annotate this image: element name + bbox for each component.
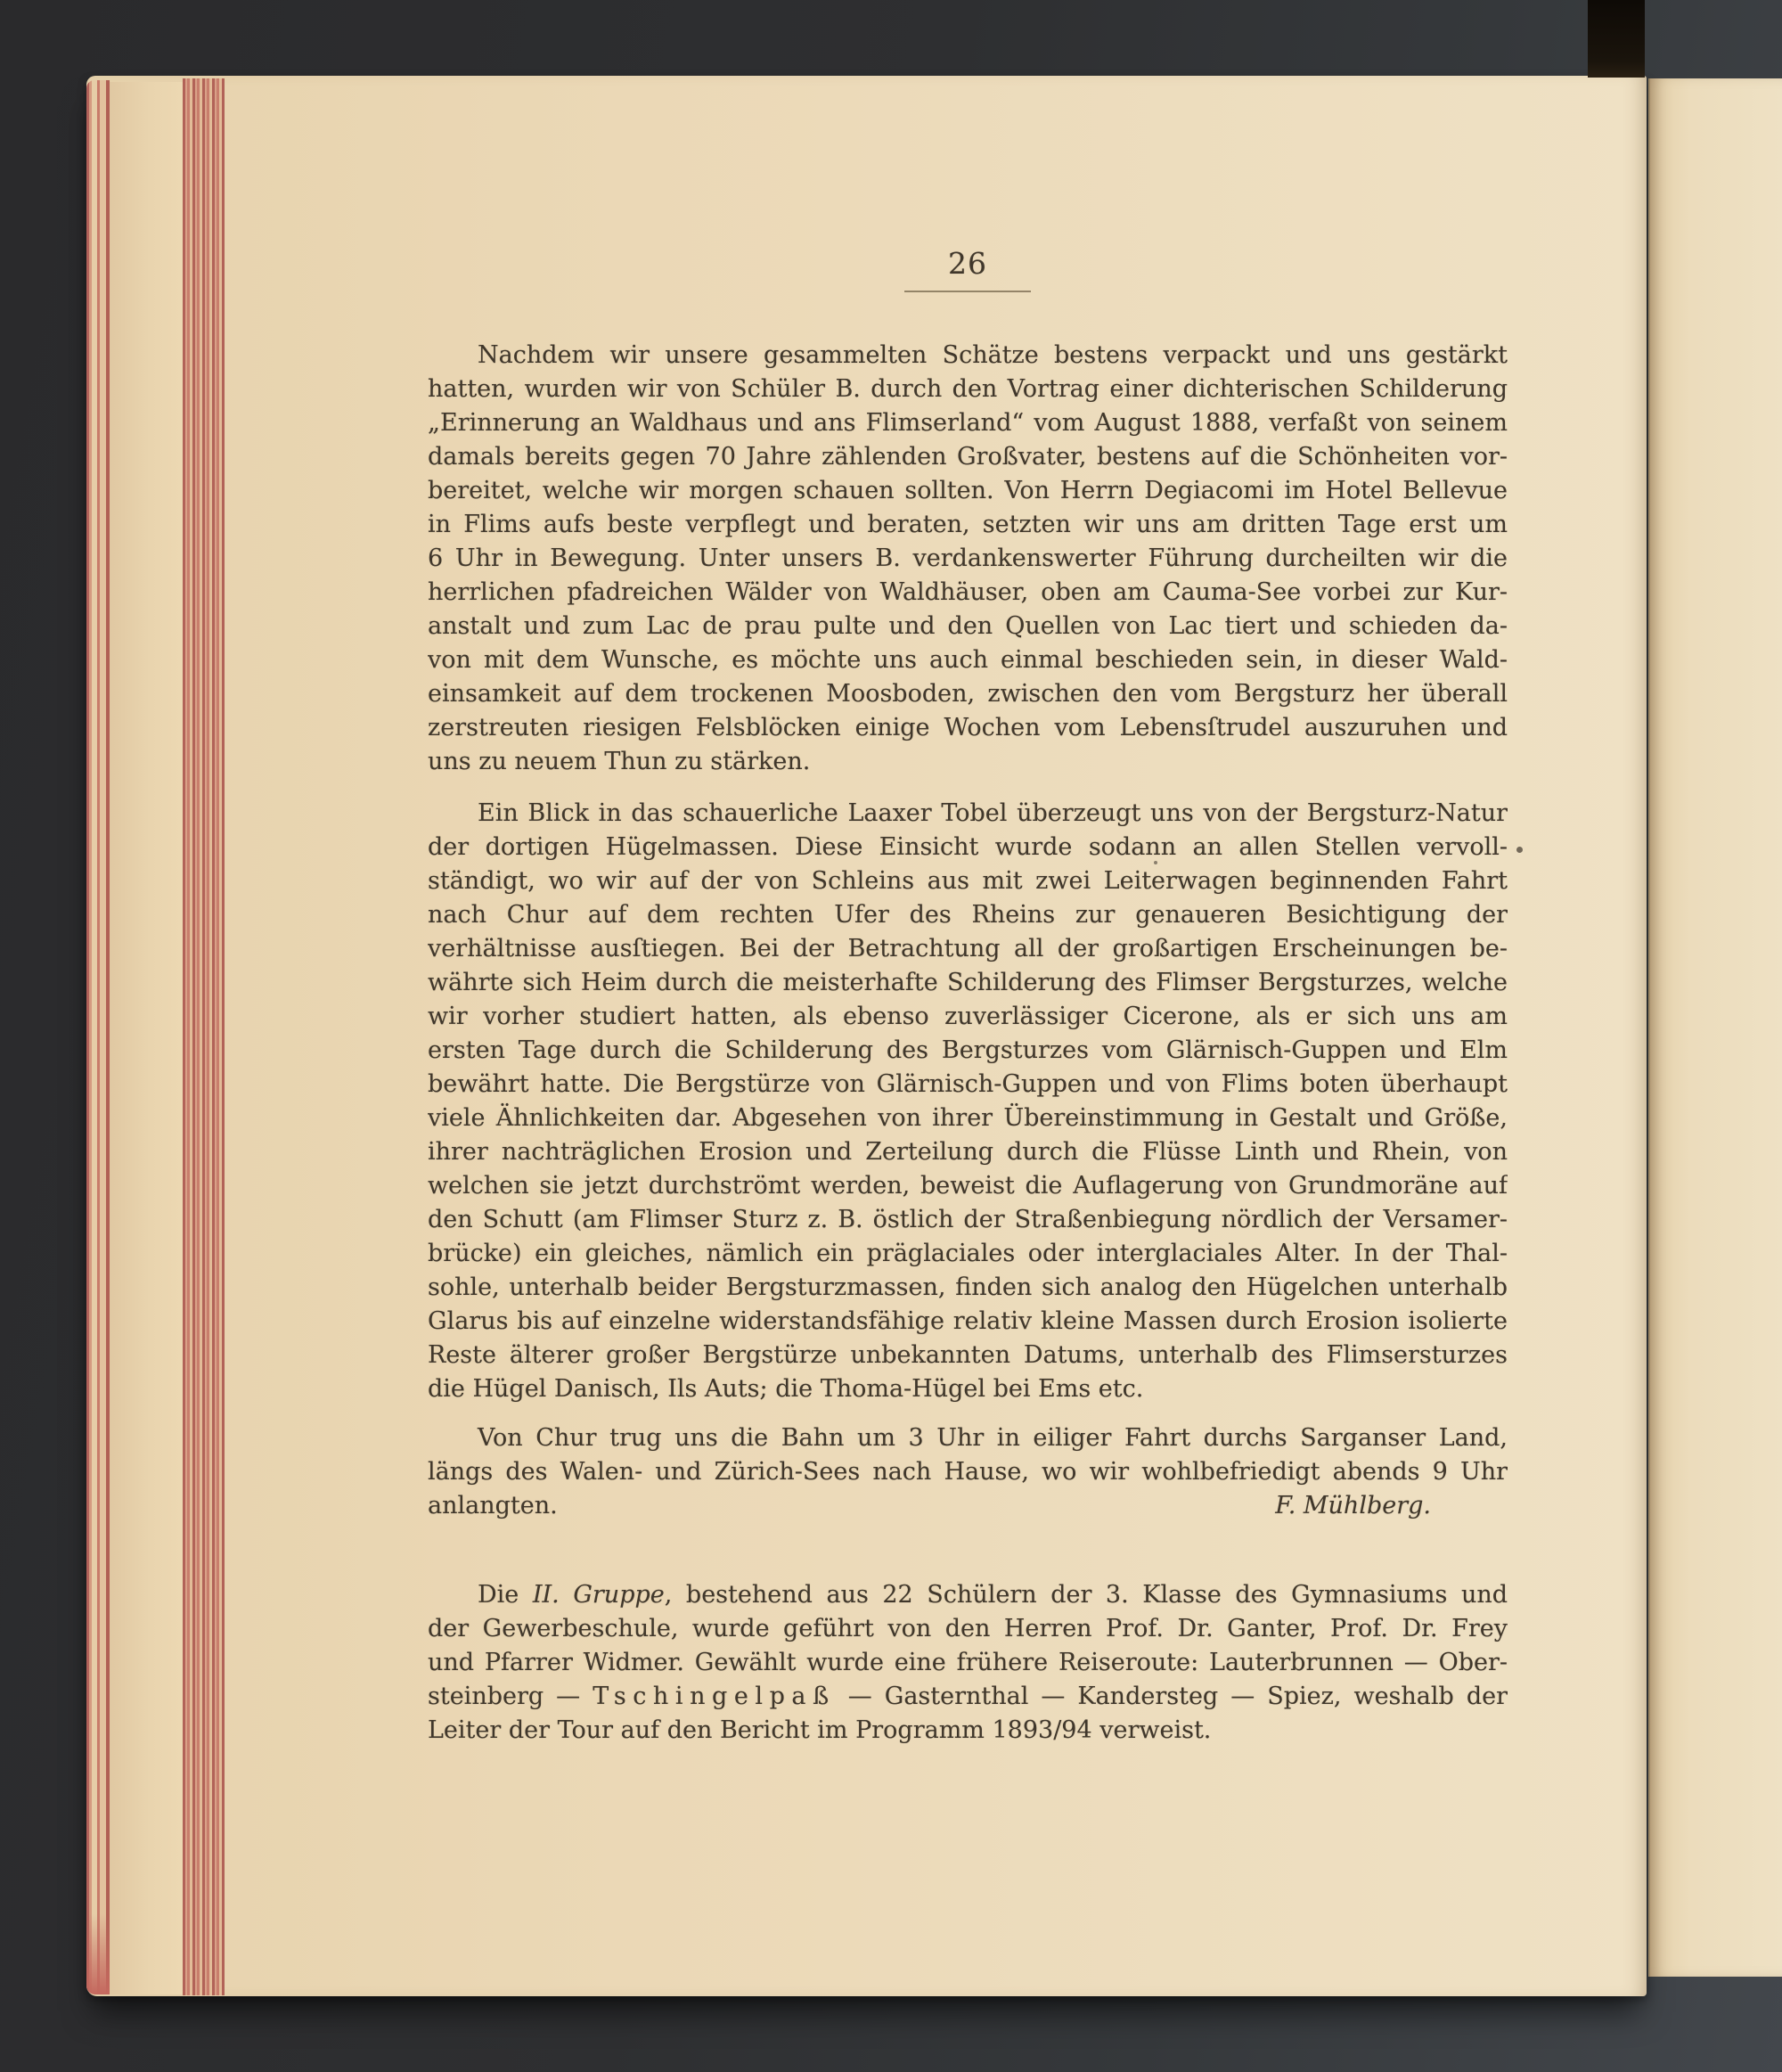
text-line: wir vorher studiert hatten, als ebenso z… [428,1000,1508,1034]
text-line: Nachdem wir unsere gesammelten Schätze b… [428,339,1508,373]
red-edge-corner-stain [86,1914,110,1994]
paragraphs: Nachdem wir unsere gesammelten Schätze b… [428,339,1508,1748]
text-line: anlangten.F. Mühlberg. [428,1489,1508,1523]
text-line: ihrer nachträglichen Erosion und Zerteil… [428,1135,1508,1169]
red-fore-edge-stack [183,78,225,1995]
text-line: uns zu neuem Thun zu stärken. [428,745,1508,779]
header-rule [904,291,1031,292]
text-segment: Tschingelpaß [593,1683,835,1710]
page-number: 26 [428,248,1508,280]
text-line: Ein Blick in das schauerliche Laaxer Tob… [428,797,1508,831]
facing-page [1648,78,1782,1977]
text-segment: steinberg — [428,1683,593,1710]
text-line: Leiter der Tour auf den Bericht im Progr… [428,1714,1508,1748]
text-line: und Pfarrer Widmer. Gewählt wurde eine f… [428,1646,1508,1680]
text-line: ersten Tage durch die Schilderung des Be… [428,1034,1508,1068]
paragraph: Von Chur trug uns die Bahn um 3 Uhr in e… [428,1421,1508,1523]
text-line: verhältnisse ausſtiegen. Bei der Betrach… [428,932,1508,966]
author-signature: F. Mühlberg. [1275,1489,1431,1523]
text-segment: , bestehend aus 22 Schülern der 3. Klass… [665,1581,1508,1609]
text-line: zerstreuten riesigen Felsblöcken einige … [428,711,1508,745]
text-segment: Die [478,1581,533,1609]
text-line: hatten, wurden wir von Schüler B. durch … [428,373,1508,406]
text-line: brücke) ein gleiches, nämlich ein prägla… [428,1237,1508,1271]
text-segment: anlangten. [428,1492,558,1519]
text-line: 6 Uhr in Bewegung. Unter unsers B. verda… [428,542,1508,576]
text-line: Reste älterer großer Bergstürze unbekann… [428,1339,1508,1372]
text-line: welchen sie jetzt durchströmt werden, be… [428,1169,1508,1203]
text-line: den Schutt (am Flimser Sturz z. B. östli… [428,1203,1508,1237]
text-line: bewährt hatte. Die Bergstürze von Glärni… [428,1068,1508,1102]
text-line: der dortigen Hügelmassen. Diese Einsicht… [428,831,1508,864]
paragraph: Ein Blick in das schauerliche Laaxer Tob… [428,797,1508,1406]
text-line: längs des Walen- und Zürich-Sees nach Ha… [428,1455,1508,1489]
paragraph: Die II. Gruppe, bestehend aus 22 Schüler… [428,1578,1508,1748]
text-line: in Flims aufs beste verpflegt und berate… [428,508,1508,542]
text-line: Die II. Gruppe, bestehend aus 22 Schüler… [428,1578,1508,1612]
text-line: einsamkeit auf dem trockenen Moosboden, … [428,677,1508,711]
text-line: sohle, unterhalb beider Bergsturzmassen,… [428,1271,1508,1305]
red-fore-edge-outer [86,80,110,1994]
text-segment: II. Gruppe [533,1581,665,1609]
paragraph: Nachdem wir unsere gesammelten Schätze b… [428,339,1508,779]
scan-speck [1516,847,1523,853]
text-line: Von Chur trug uns die Bahn um 3 Uhr in e… [428,1421,1508,1455]
under-page-strip [110,82,183,1994]
text-line: herrlichen pfadreichen Wälder von Waldhä… [428,576,1508,610]
text-line: von mit dem Wunsche, es möchte uns auch … [428,643,1508,677]
scanned-book-photo: 26 Nachdem wir unsere gesammelten Schätz… [0,0,1782,2072]
text-line: viele Ähnlichkeiten dar. Abgesehen von i… [428,1102,1508,1135]
bookmark-ribbon [1588,0,1645,78]
text-line: ständigt, wo wir auf der von Schleins au… [428,864,1508,898]
text-line: der Gewerbeschule, wurde geführt von den… [428,1612,1508,1646]
text-line: damals bereits gegen 70 Jahre zählenden … [428,440,1508,474]
text-line: die Hügel Danisch, Ils Auts; die Thoma-H… [428,1372,1508,1406]
text-segment: — Gasternthal — Kandersteg — Spiez, wesh… [836,1683,1508,1710]
text-line: bereitet, welche wir morgen schauen soll… [428,474,1508,508]
text-line: anstalt und zum Lac de prau pulte und de… [428,610,1508,643]
text-line: steinberg — Tschingelpaß — Gasternthal —… [428,1680,1508,1714]
text-block: 26 Nachdem wir unsere gesammelten Schätz… [428,248,1508,1748]
text-line: „Erinnerung an Waldhaus und ans Flimserl… [428,406,1508,440]
text-line: Glarus bis auf einzelne widerstandsfähig… [428,1305,1508,1339]
text-line: nach Chur auf dem rechten Ufer des Rhein… [428,898,1508,932]
text-line: währte sich Heim durch die meisterhafte … [428,966,1508,1000]
